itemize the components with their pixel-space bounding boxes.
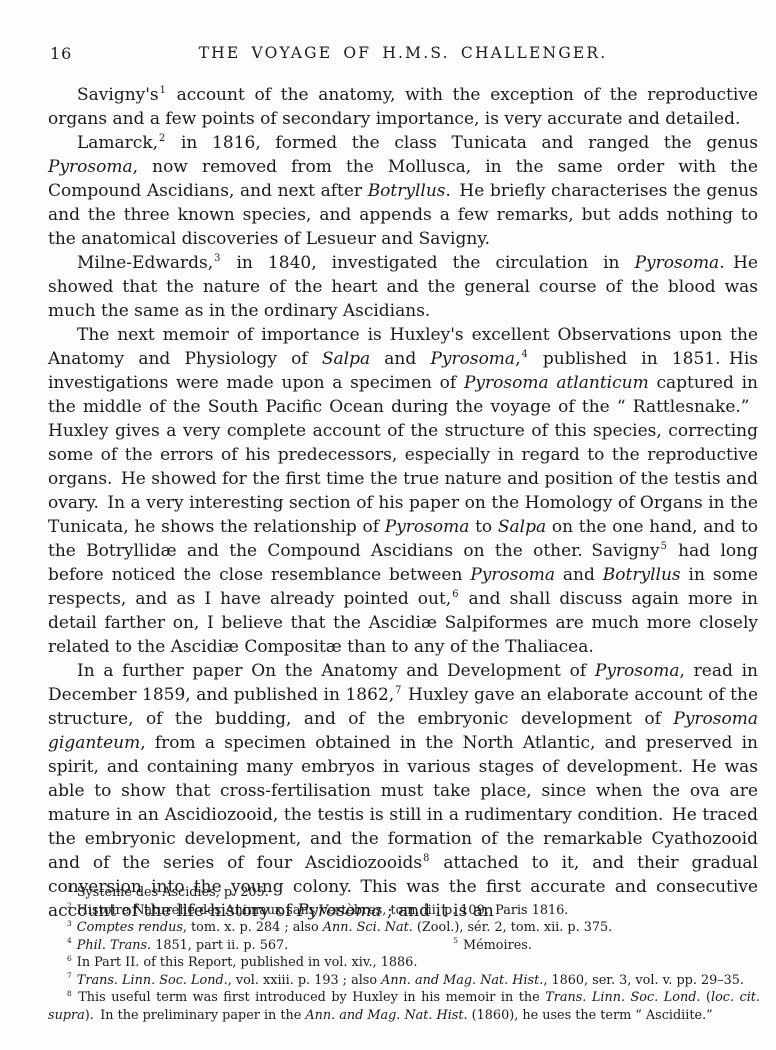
italic-text: Botryllus [603,565,681,585]
italic-text: Pyrosoma atlanticum [464,373,649,393]
footnote-ref: 1 [160,85,166,96]
italic-text: Pyrosoma [430,349,515,369]
text-run: , [515,349,520,369]
footnote-line: 4 Phil. Trans. 1851, part ii. p. 567.5 M… [48,937,760,955]
paragraph: Lamarck,2 in 1816, formed the class Tuni… [48,131,758,251]
text-run: to [469,517,498,537]
footnote-ref: 7 [395,685,401,696]
text-run: Système des Ascidies, p. 205. [73,885,269,900]
page-header: 16 THE VOYAGE OF H.M.S. CHALLENGER. [48,44,758,66]
footnote-ref: 3 [214,253,220,264]
text-run: Milne-Edwards, [77,253,213,273]
footnote-ref: 8 [67,989,72,998]
footnote-line: 3 Comptes rendus, tom. x. p. 284 ; also … [48,919,760,937]
footnote-ref: 6 [67,954,72,963]
text-run: ( [700,990,711,1005]
footnote-ref: 5 [661,541,667,552]
footnote-ref: 3 [67,919,72,928]
body-text: Savigny's1 account of the anatomy, with … [48,83,758,923]
italic-text: Pyrosoma [635,253,720,273]
text-run: In Part II. of this Report, published in… [73,955,418,970]
italic-text: Trans. Linn. Soc. Lond. [545,990,700,1005]
footnote-ref: 6 [452,589,458,600]
footnote-ref: 2 [67,901,72,910]
book-page: 16 THE VOYAGE OF H.M.S. CHALLENGER. Savi… [0,0,776,1050]
text-run: Savigny's [77,85,159,105]
footnote-ref: 8 [423,853,429,864]
footnote-ref: 5 [453,936,458,945]
text-run: in 1840, investigated the circulation in [221,253,634,273]
text-run: This useful term was first introduced by… [73,990,545,1005]
italic-text: Pyrosoma [385,517,470,537]
text-run: , from a specimen obtained in the North … [48,733,758,873]
text-run: Lamarck, [77,133,158,153]
italic-text: Pyrosoma [48,157,133,177]
text-run: (1860), he uses the term “ Ascidiite.” [468,1008,713,1023]
paragraph: Savigny's1 account of the anatomy, with … [48,83,758,131]
text-run: In a further paper On the Anatomy and De… [77,661,595,681]
italic-text: Trans. Linn. Soc. Lond. [77,973,228,988]
footnotes: 1 Système des Ascidies, p. 205.2 Histoir… [48,884,760,1024]
footnote-line: 8 This useful term was first introduced … [48,989,760,1024]
italic-text: Botryllus [368,181,446,201]
text-run: in 1816, formed the class Tunicata and r… [166,133,758,153]
text-run: Mémoires. [459,938,532,953]
text-run: , 1860, ser. 3, vol. v. pp. 29–35. [543,973,744,988]
italic-text: Salpa [498,517,546,537]
footnote-ref: 4 [67,936,72,945]
footnote-ref: 2 [159,133,165,144]
page-number: 16 [50,44,72,63]
text-run: , tom. x. p. 284 ; also [183,920,323,935]
text-run: (Zool.), sér. 2, tom. xii. p. 375. [413,920,612,935]
italic-text: Pyrosoma [470,565,555,585]
footnote-line: 6 In Part II. of this Report, published … [48,954,760,972]
text-run: and [370,349,430,369]
text-run: captured in the middle of the South Paci… [48,373,758,537]
footnote-line: 1 Système des Ascidies, p. 205. [48,884,760,902]
footnote-line: 2 Histoire Naturelle des Animaux sans Ve… [48,902,760,920]
text-run: , vol. xxiii. p. 193 ; also [228,973,381,988]
italic-text: Comptes rendus [77,920,183,935]
footnote-ref: 4 [521,349,527,360]
footnote-ref: 7 [67,971,72,980]
italic-text: Ann. Sci. Nat. [323,920,413,935]
footnote-ref: 1 [67,884,72,893]
italic-text: Phil. Trans. [77,938,151,953]
paragraph: Milne-Edwards,3 in 1840, investigated th… [48,251,758,323]
text-run: ). In the preliminary paper in the [85,1008,306,1023]
italic-text: Salpa [322,349,370,369]
text-run: and [555,565,603,585]
italic-text: Ann. and Mag. Nat. Hist. [381,973,543,988]
text-run: Histoire Naturelle des Animaux sans Vert… [73,903,569,918]
text-run: 1851, part ii. p. 567. [151,938,288,953]
running-title: THE VOYAGE OF H.M.S. CHALLENGER. [48,44,758,62]
italic-text: Pyrosoma [595,661,680,681]
paragraph: The next memoir of importance is Huxley'… [48,323,758,659]
italic-text: Ann. and Mag. Nat. Hist. [305,1008,467,1023]
footnote-line: 7 Trans. Linn. Soc. Lond., vol. xxiii. p… [48,972,760,990]
